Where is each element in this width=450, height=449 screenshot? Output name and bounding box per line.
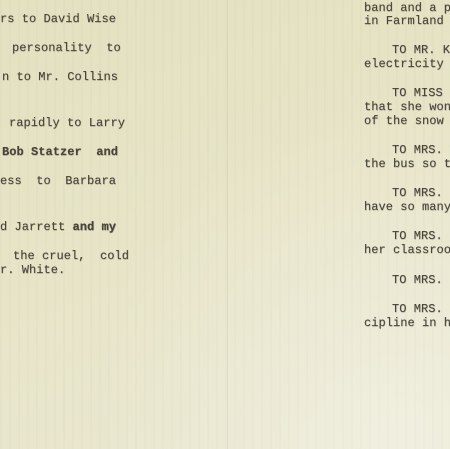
typewritten-line: rapidly to Larry <box>9 116 125 130</box>
typewritten-line: in Farmland <box>364 14 444 28</box>
typewritten-line: TO MISS D <box>364 86 450 100</box>
typewritten-line: TO MRS. R <box>364 273 450 287</box>
typewritten-line: ess to Barbara <box>0 174 116 188</box>
typewritten-line: TO MRS. B <box>364 186 450 200</box>
typewritten-line: electricity <box>364 57 444 71</box>
typewritten-line: cipline in h <box>364 316 450 330</box>
typewritten-line: that she won <box>364 100 450 114</box>
typewritten-line: TO MRS. M <box>364 302 450 316</box>
typewritten-line: the cruel, cold <box>13 249 129 263</box>
typewritten-line: have so many <box>364 200 450 214</box>
typewritten-line: personality to <box>12 41 121 55</box>
typewritten-segment-overstruck: and my <box>73 220 117 234</box>
typewritten-line: TO MRS. W <box>364 143 450 157</box>
typewritten-line: her classroo <box>364 243 450 257</box>
typewritten-line: n to Mr. Collins <box>2 70 118 84</box>
typewritten-segment: d Jarrett <box>0 220 73 234</box>
typewritten-line: of the snow <box>364 114 444 128</box>
typewritten-line: the bus so t <box>364 157 450 171</box>
typewritten-line: TO MR. KU <box>364 43 450 57</box>
typewritten-line: TO MRS. M <box>364 229 450 243</box>
paper-crease <box>227 0 228 449</box>
typewritten-line: d Jarrett and my <box>0 220 116 234</box>
typewritten-line: r. White. <box>0 263 65 277</box>
typewritten-line: band and a p <box>364 1 450 15</box>
typewritten-line: Bob Statzer and <box>2 145 118 159</box>
typewritten-line: rs to David Wise <box>0 12 116 26</box>
scanned-document-page: rs to David Wise personality to n to Mr.… <box>0 0 450 449</box>
